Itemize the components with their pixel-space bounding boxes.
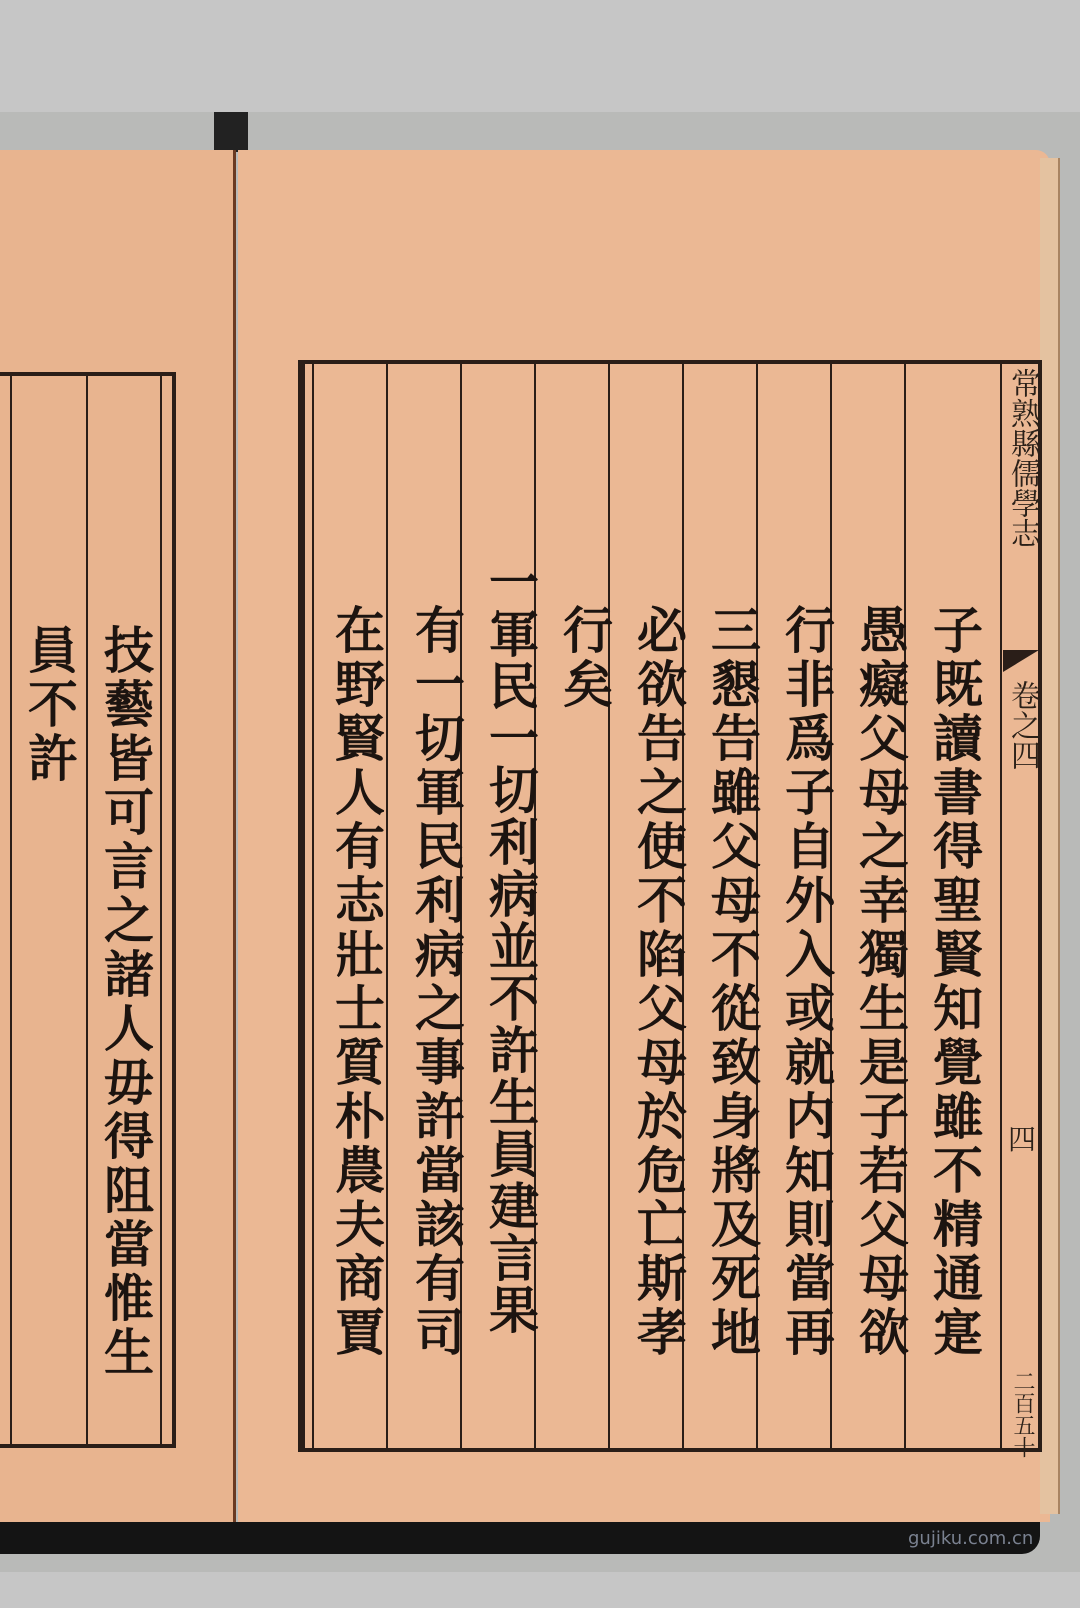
text-column-6: 行矣 xyxy=(546,604,622,712)
left-text-column-2: 員不許 xyxy=(16,624,82,786)
column-text: 技藝皆可言之諸人毋得阻當惟生 xyxy=(97,624,153,1380)
text-column-8: 有一切軍民利病之事許當該有司 xyxy=(398,604,474,1360)
column-rule xyxy=(10,372,12,1446)
text-column-9: 在野賢人有志壯士質朴農夫商賈 xyxy=(318,604,394,1360)
column-text: 行非爲子自外入或就内知則當再 xyxy=(778,604,834,1360)
column-text: 三懇告雖父母不從致身將及死地 xyxy=(704,604,760,1360)
column-rule xyxy=(86,372,88,1446)
text-column-4: 三懇告雖父母不從致身將及死地 xyxy=(694,604,770,1360)
page-edge xyxy=(1040,158,1060,1514)
text-column-1: 子既讀書得聖賢知覺雖不精通寔 xyxy=(916,604,992,1360)
column-text: 必欲告之使不陷父母於危亡斯孝 xyxy=(630,604,686,1360)
column-text: 行矣 xyxy=(556,604,612,712)
book-bottom-shadow xyxy=(0,1522,1040,1554)
juan-number: 卷之四 xyxy=(1004,680,1040,770)
text-column-7: 一軍民一切利病並不許生員建言果 xyxy=(472,556,548,1336)
watermark: gujiku.com.cn xyxy=(908,1528,1033,1549)
column-rule xyxy=(160,372,162,1446)
text-column-3: 行非爲子自外入或就内知則當再 xyxy=(768,604,844,1360)
folio-number-text: 四 xyxy=(1008,1128,1036,1152)
column-text: 在野賢人有志壯士質朴農夫商賈 xyxy=(328,604,384,1360)
column-rule xyxy=(1000,362,1002,1450)
continuous-page-text: 二百五十 xyxy=(1010,1370,1034,1458)
folio-number: 四 xyxy=(1003,1128,1041,1152)
text-column-5: 必欲告之使不陷父母於危亡斯孝 xyxy=(620,604,696,1360)
juan-label: 卷之四 xyxy=(1003,680,1041,770)
column-rule xyxy=(608,362,610,1450)
column-rule xyxy=(312,362,314,1450)
column-text: 有一切軍民利病之事許當該有司 xyxy=(408,604,464,1360)
column-text: 愚癡父母之幸獨生是子若父母欲 xyxy=(852,604,908,1360)
left-text-column-1: 技藝皆可言之諸人毋得阻當惟生 xyxy=(92,624,158,1380)
column-text: 子既讀書得聖賢知覺雖不精通寔 xyxy=(926,604,982,1360)
column-text: 一軍民一切利病並不許生員建言果 xyxy=(482,556,538,1336)
continuous-page-number: 二百五十 xyxy=(1003,1370,1041,1458)
book-title: 常熟縣儒學志 xyxy=(1004,368,1040,548)
text-column-2: 愚癡父母之幸獨生是子若父母欲 xyxy=(842,604,918,1360)
spine-shadow xyxy=(214,112,248,152)
book-title-banner: 常熟縣儒學志 xyxy=(1003,368,1041,548)
column-text: 員不許 xyxy=(21,624,77,786)
